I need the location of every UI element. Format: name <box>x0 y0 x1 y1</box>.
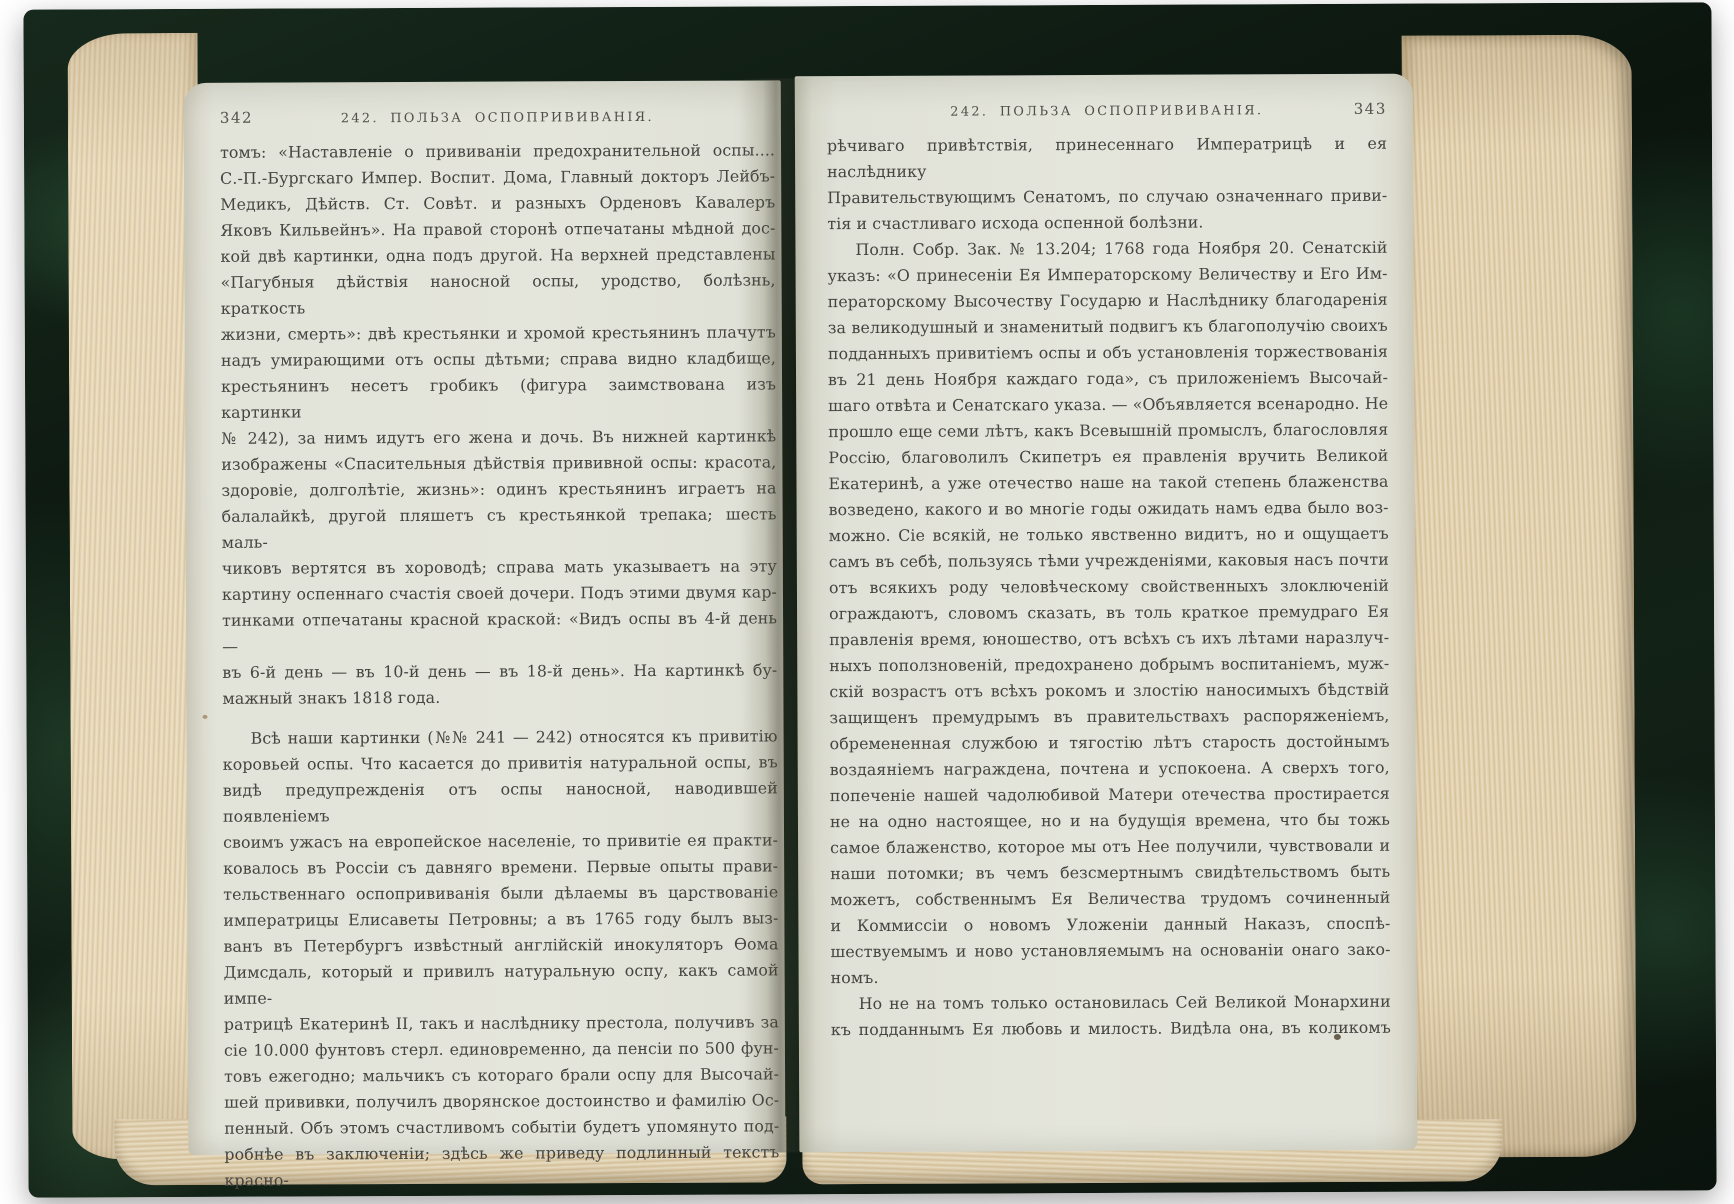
text-line: можетъ, собственнымъ Ея Величества трудо… <box>830 885 1390 913</box>
left-page-header: 342 242. ПОЛЬЗА ОСПОПРИВИВАНІЯ. <box>220 106 775 126</box>
text-line: попеченіе нашей чадолюбивой Матери отече… <box>830 781 1390 809</box>
text-line: Медикъ, Дѣйств. Ст. Совѣт. и разныхъ Орд… <box>220 189 775 217</box>
book-photo: 342 242. ПОЛЬЗА ОСПОПРИВИВАНІЯ. томъ: «Н… <box>0 0 1734 1200</box>
paper-speck <box>1334 1034 1341 1040</box>
right-page: 242. ПОЛЬЗА ОСПОПРИВИВАНІЯ. 343 рѣчиваго… <box>795 74 1418 1153</box>
text-line: Россію, благоволилъ Скипетръ ея правлені… <box>828 443 1388 471</box>
text-line: защищенъ премудрымъ въ правительствахъ р… <box>829 703 1389 731</box>
text-line: прошло еще семи лѣтъ, какъ Всевышній про… <box>828 417 1388 445</box>
text-line: крестьянинъ несетъ гробикъ (фигура заимс… <box>221 371 776 425</box>
text-line: надъ умирающими отъ оспы дѣтьми; справа … <box>221 345 776 373</box>
text-line: шествуемымъ и ново установляемымъ на осн… <box>830 937 1390 965</box>
text-line: С.-П.-Бургскаго Импер. Воспит. Дома, Гла… <box>220 163 775 191</box>
text-line: видѣ предупрежденія отъ оспы наносной, н… <box>223 775 778 829</box>
paragraph: Но не на томъ только остановилась Сей Ве… <box>831 989 1391 1043</box>
text-line: сіе 10.000 фунтовъ стерл. единовременно,… <box>224 1035 779 1063</box>
paragraph: томъ: «Наставленіе о прививаніи предохра… <box>220 137 777 711</box>
right-page-number: 343 <box>1325 100 1387 118</box>
text-line: мажный знакъ 1818 года. <box>222 683 777 711</box>
text-line: своимъ ужасъ на европейское населеніе, т… <box>223 827 778 855</box>
text-line: рѣчиваго привѣтствія, принесеннаго Импер… <box>827 131 1387 185</box>
text-line: шаго отвѣта и Сенатскаго указа. — «Объяв… <box>828 391 1388 419</box>
text-line: указъ: «О принесеніи Ея Императорскому В… <box>828 261 1388 289</box>
right-page-text: рѣчиваго привѣтствія, принесеннаго Импер… <box>827 131 1391 1043</box>
text-line: въ 6-й день — въ 10-й день — въ 18-й ден… <box>222 657 777 685</box>
text-line: тія и счастливаго исхода оспенной болѣзн… <box>827 209 1387 237</box>
text-line: наши потомки; въ чемъ безсмертнымъ свидѣ… <box>830 859 1390 887</box>
text-line: товъ ежегодно; мальчикъ съ котораго брал… <box>224 1061 779 1089</box>
text-line: номъ. <box>831 963 1391 991</box>
paragraph: Всѣ наши картинки (№№ 241 — 242) относят… <box>223 723 780 1193</box>
text-line: чиковъ вертятся въ хороводѣ; справа мать… <box>222 553 777 581</box>
text-line: можно. Сіе всякій, не только явственно в… <box>829 521 1389 549</box>
text-line: ныхъ поползновеній, предохранено добрымъ… <box>829 651 1389 679</box>
left-page: 342 242. ПОЛЬЗА ОСПОПРИВИВАНІЯ. томъ: «Н… <box>184 80 786 1155</box>
text-line: картину оспеннаго счастія своей дочери. … <box>222 579 777 607</box>
right-page-header: 242. ПОЛЬЗА ОСПОПРИВИВАНІЯ. 343 <box>827 100 1387 120</box>
text-line: ратрицѣ Екатеринѣ II, такъ и наслѣднику … <box>224 1009 779 1037</box>
text-line: коровьей оспы. Что касается до привитія … <box>223 749 778 777</box>
text-line: изображены «Спасительныя дѣйствія привив… <box>221 449 776 477</box>
text-line: и Коммиссіи о новомъ Уложеніи данный Нак… <box>830 911 1390 939</box>
text-line: за великодушный и знаменитый подвигъ къ … <box>828 313 1388 341</box>
text-line: императрицы Елисаветы Петровны; а въ 176… <box>223 905 778 933</box>
page-edges-left <box>68 33 203 1160</box>
paragraph: рѣчиваго привѣтствія, принесеннаго Импер… <box>827 131 1387 237</box>
text-line: ператорскому Высочеству Государю и Наслѣ… <box>828 287 1388 315</box>
left-page-number: 342 <box>220 109 282 127</box>
page-edges-right <box>1402 35 1637 1158</box>
text-line: самое блаженство, которое мы отъ Нее пол… <box>830 833 1390 861</box>
text-line: подданныхъ привитіемъ оспы и объ установ… <box>828 339 1388 367</box>
text-line: томъ: «Наставленіе о прививаніи предохра… <box>220 137 775 165</box>
text-line: правленія время, юношество, отъ всѣхъ съ… <box>829 625 1389 653</box>
text-line: воздаяніемъ награждена, почтена и успоко… <box>830 755 1390 783</box>
text-line: обремененная службою и тягостію лѣтъ ста… <box>830 729 1390 757</box>
text-line: шей прививки, получилъ дворянское достои… <box>224 1087 779 1115</box>
text-line: возведено, какого и во многіе годы ожида… <box>829 495 1389 523</box>
text-line: № 242), за нимъ идутъ его жена и дочь. В… <box>221 423 776 451</box>
text-line: отъ всякихъ роду человѣческому свойствен… <box>829 573 1389 601</box>
text-line: скій возрастъ отъ всѣхъ рокомъ и злостію… <box>829 677 1389 705</box>
text-line: здоровіе, долголѣтіе, жизнь»: одинъ крес… <box>221 475 776 503</box>
text-line: тельственнаго оспопрививанія были дѣлаем… <box>223 879 778 907</box>
text-line: «Пагубныя дѣйствія наносной оспы, уродст… <box>221 267 776 321</box>
text-line: въ 21 день Ноября каждаго года», съ прил… <box>828 365 1388 393</box>
text-line: робнѣе въ заключеніи; здѣсь же приведу п… <box>224 1139 779 1193</box>
text-line: не на одно настоящее, но и на будущія вр… <box>830 807 1390 835</box>
text-line: ванъ въ Петербургъ извѣстный англійскій … <box>223 931 778 959</box>
paragraph: Полн. Собр. Зак. № 13.204; 1768 года Ноя… <box>827 235 1390 991</box>
text-line: Екатеринѣ, а уже отечество наше на такой… <box>828 469 1388 497</box>
text-line: кой двѣ картинки, одна подъ другой. На в… <box>220 241 775 269</box>
text-line: къ подданнымъ Ея любовь и милость. Видѣл… <box>831 1015 1391 1043</box>
text-line: Димсдаль, который и привилъ натуральную … <box>224 957 779 1011</box>
text-line: ограждаютъ, словомъ сказать, въ толь кра… <box>829 599 1389 627</box>
right-running-title: 242. ПОЛЬЗА ОСПОПРИВИВАНІЯ. <box>889 103 1325 120</box>
text-line: Полн. Собр. Зак. № 13.204; 1768 года Ноя… <box>827 235 1387 263</box>
left-page-text: томъ: «Наставленіе о прививаніи предохра… <box>220 137 780 1193</box>
text-line: самъ въ себѣ, пользуясь тѣми учрежденіям… <box>829 547 1389 575</box>
text-line: жизни, смерть»: двѣ крестьянки и хромой … <box>221 319 776 347</box>
text-line: Всѣ наши картинки (№№ 241 — 242) относят… <box>223 723 778 751</box>
text-line: ковалось въ Россіи съ давняго времени. П… <box>223 853 778 881</box>
text-line: балалайкѣ, другой пляшетъ съ крестьянкой… <box>222 501 777 555</box>
text-line: тинками отпечатаны красной краской: «Вид… <box>222 605 777 659</box>
text-line: Яковъ Кильвейнъ». На правой сторонѣ отпе… <box>220 215 775 243</box>
left-running-title: 242. ПОЛЬЗА ОСПОПРИВИВАНІЯ. <box>282 110 713 127</box>
paper-speck <box>202 715 207 719</box>
text-line: Правительствующимъ Сенатомъ, по случаю о… <box>827 183 1387 211</box>
text-line: пенный. Объ этомъ счастливомъ событіи бу… <box>224 1113 779 1141</box>
text-line: Но не на томъ только остановилась Сей Ве… <box>831 989 1391 1017</box>
